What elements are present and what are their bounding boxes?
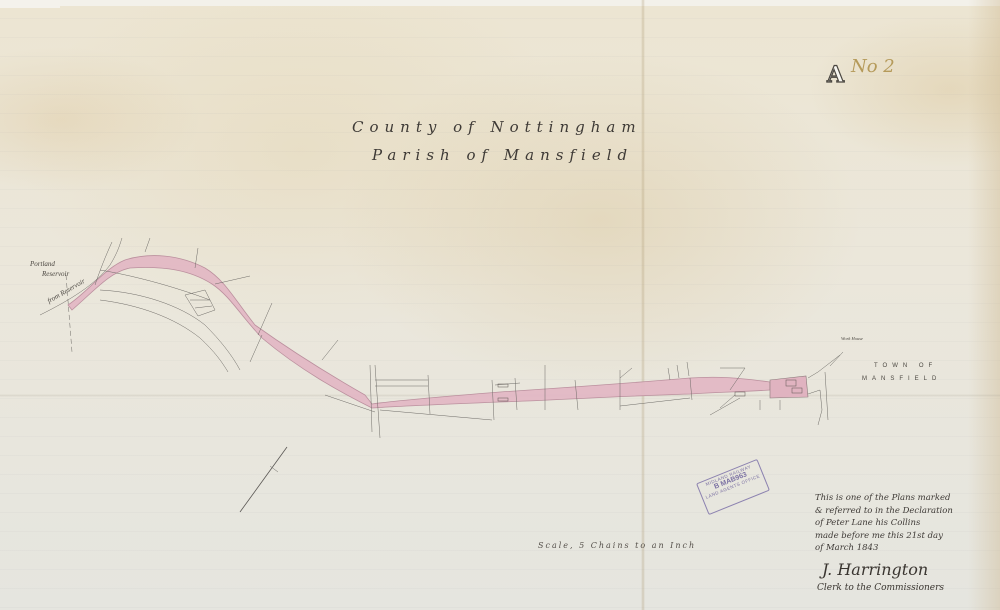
declaration-line: & referred to in the Declaration	[815, 505, 995, 518]
declaration-line: of March 1843	[815, 542, 995, 555]
town-station-area	[770, 376, 808, 398]
reservoir-label: Reservoir	[42, 270, 69, 278]
portland-label: Portland	[30, 260, 55, 268]
declaration-line: made before me this 21st day	[815, 530, 995, 543]
signature: J. Harrington	[822, 560, 928, 579]
county-title: County of Nottingham	[352, 118, 642, 136]
workhouse-label: Work House	[841, 336, 863, 341]
declaration-line: This is one of the Plans marked	[815, 492, 995, 505]
declaration-text: This is one of the Plans marked & referr…	[815, 492, 995, 555]
railway-route	[68, 256, 770, 408]
parish-title: Parish of Mansfield	[372, 146, 633, 164]
plan-number: A No 2	[827, 62, 844, 88]
plan-number-suffix: No 2	[851, 56, 895, 77]
map-sheet: A No 2 County of Nottingham Parish of Ma…	[0, 0, 1000, 610]
field-boundaries	[40, 238, 843, 512]
declaration-line: of Peter Lane his Collins	[815, 517, 995, 530]
signature-title: Clerk to the Commissioners	[817, 583, 944, 593]
scale-note: Scale, 5 Chains to an Inch	[538, 541, 696, 550]
plan-number-letter: A	[827, 62, 844, 88]
town-label-line1: TOWN OF	[874, 363, 937, 369]
town-label-line2: MANSFIELD	[862, 376, 941, 382]
